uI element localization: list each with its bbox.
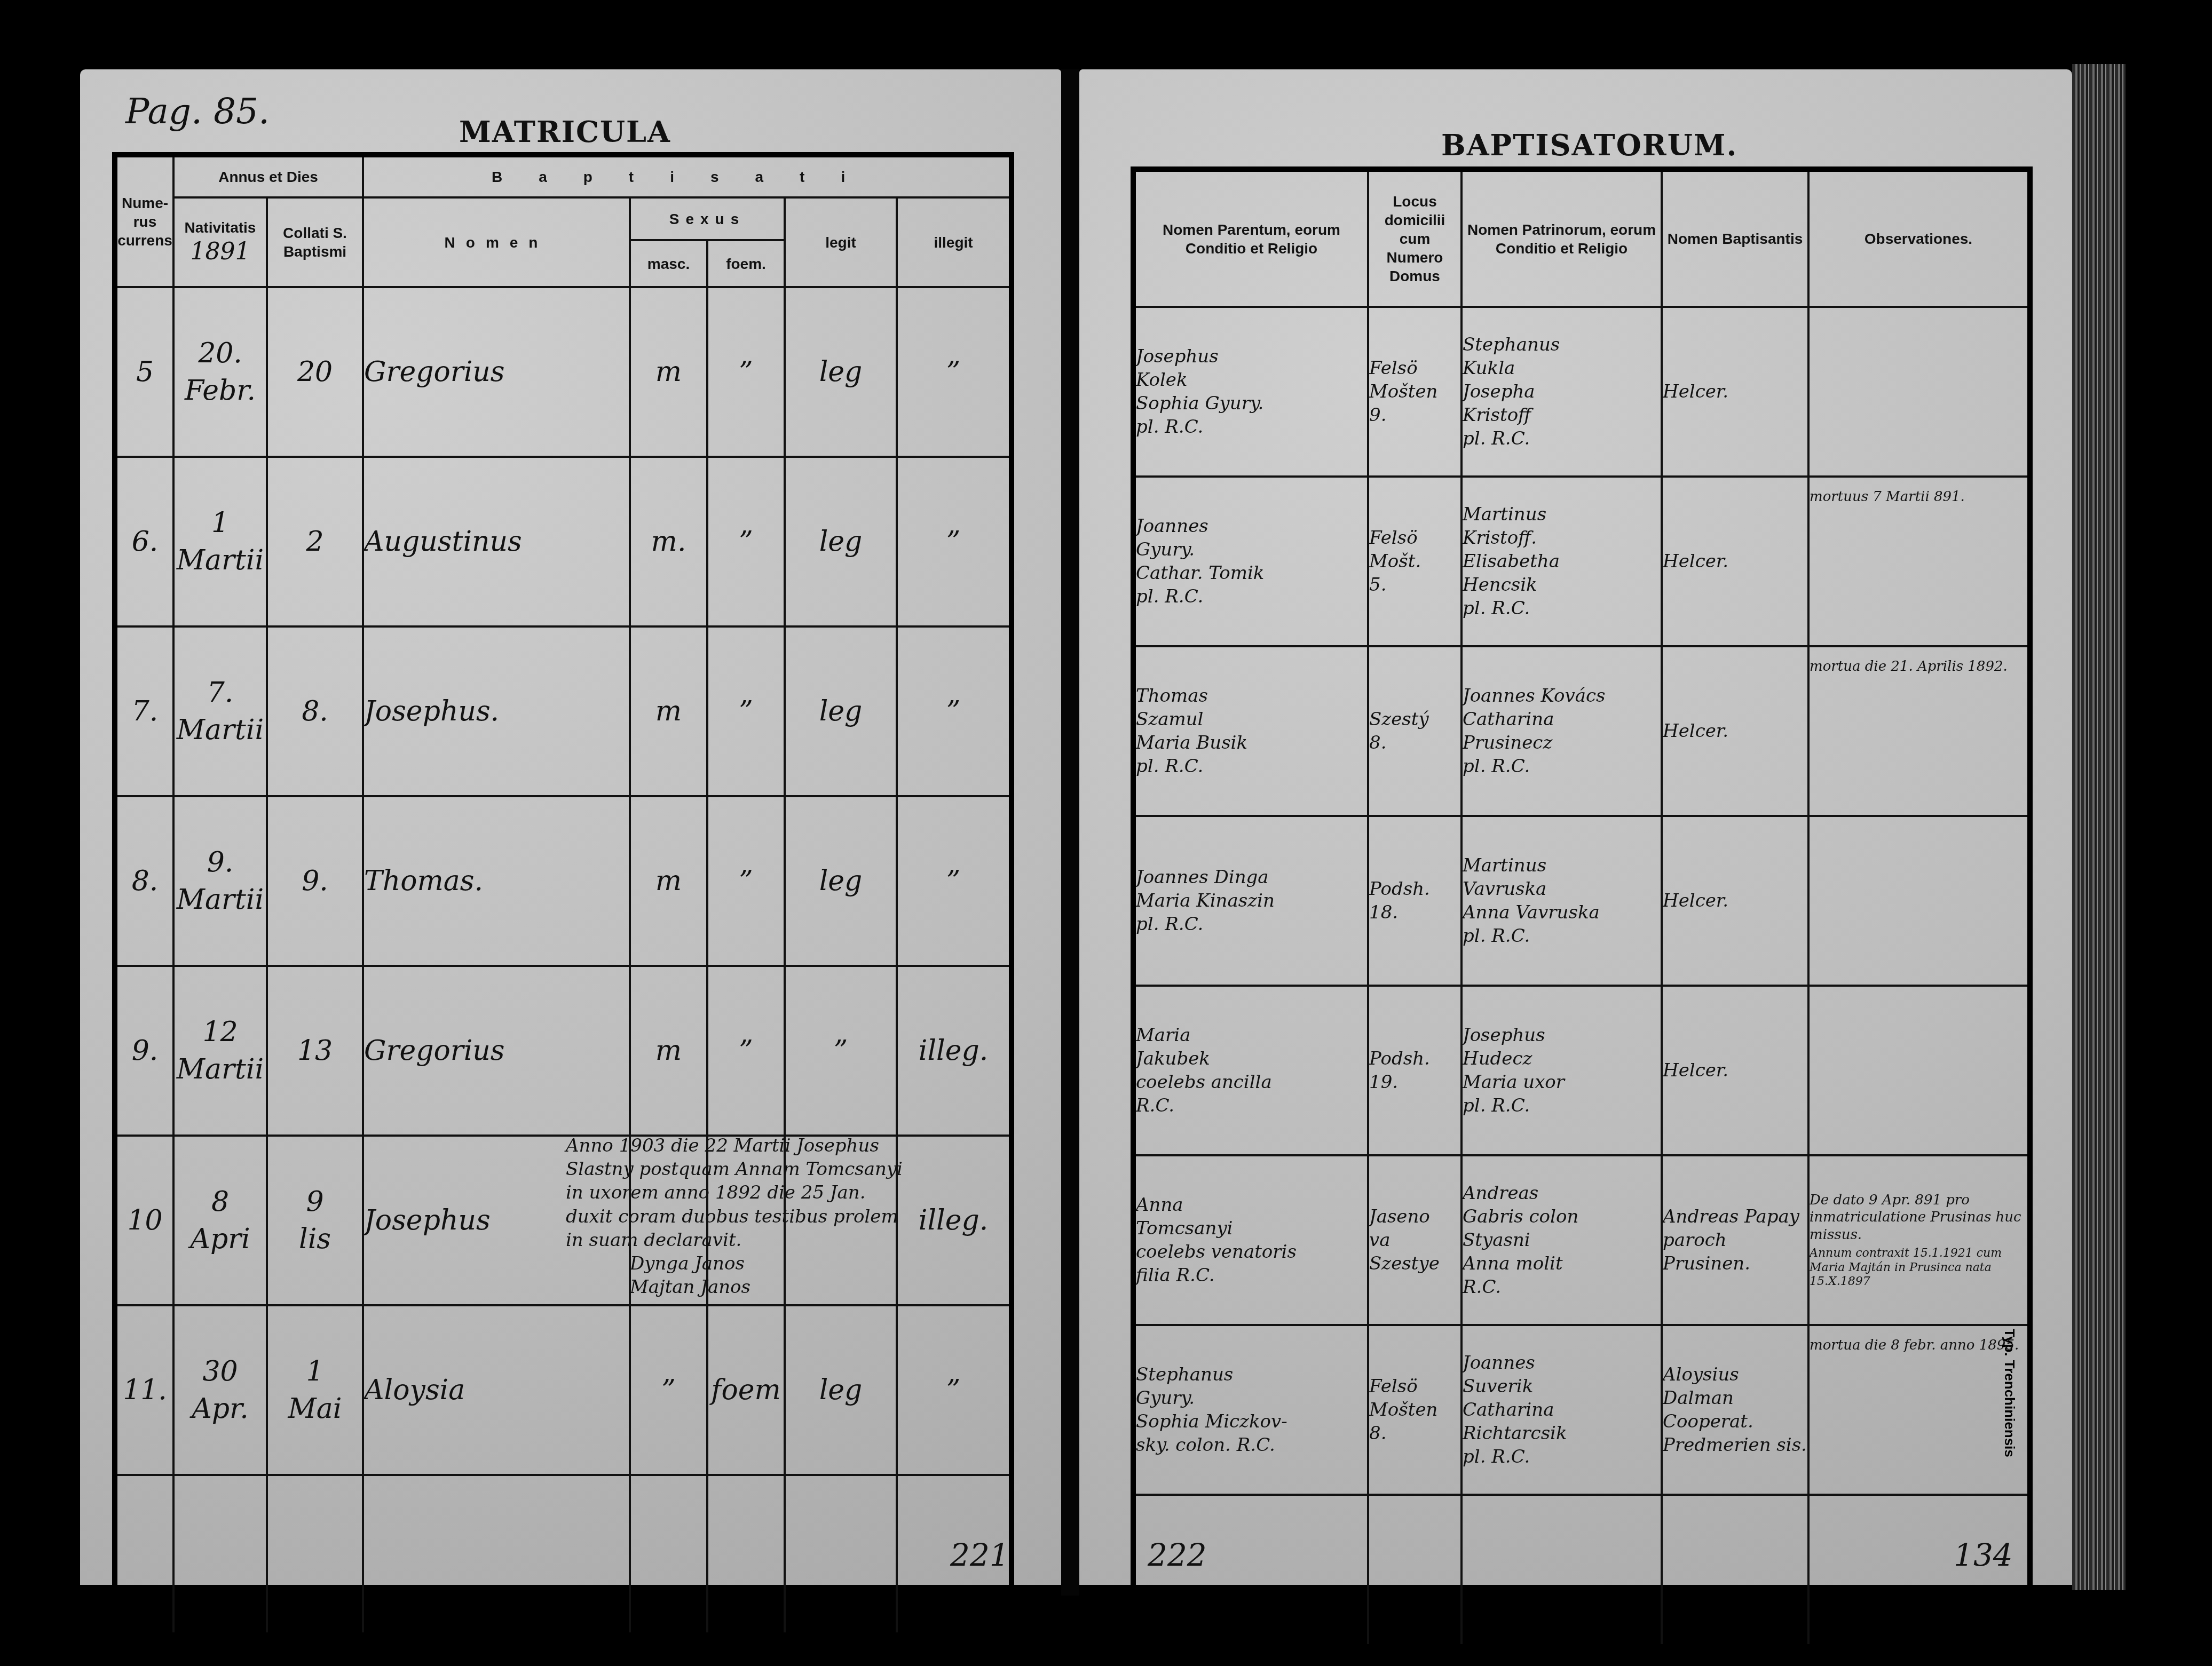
parents: AnnaTomcsanyicoelebs venatorisfilia R.C.	[1133, 1155, 1368, 1325]
baptisant: Helcer.	[1662, 816, 1808, 986]
illegitimate: ”	[897, 796, 1012, 966]
right-page-number-right: 134	[1954, 1537, 2013, 1573]
birth-date: 30Apr.	[173, 1305, 267, 1475]
header-sexus: Sexus	[630, 197, 785, 240]
observation	[1808, 816, 2030, 986]
legitimation-annotation: Anno 1903 die 22 Martii Josephus Slastny…	[566, 1134, 1036, 1299]
baptism-register-left-table: Nume-rus currens Annus et Dies Baptisati…	[112, 152, 1014, 1638]
baptism-date: 2	[267, 457, 363, 626]
header-observationes: Observationes.	[1808, 169, 2030, 307]
right-page-title: BAPTISATORUM.	[1441, 128, 1737, 162]
sex-foem: ”	[707, 457, 785, 626]
row-number: 11.	[115, 1305, 173, 1475]
left-page-title: MATRICULA	[459, 115, 671, 149]
register-row: JoannesGyury.Cathar. Tomikpl. R.C. Felsö…	[1133, 477, 2030, 646]
observation: mortuus 7 Martii 891.	[1808, 477, 2030, 646]
child-name: Gregorius	[363, 287, 630, 457]
baptism-date: 9lis	[267, 1136, 363, 1305]
child-name: Augustinus	[363, 457, 630, 626]
birth-date: 20.Febr.	[173, 287, 267, 457]
legitimate: leg	[785, 287, 897, 457]
godparents: Joannes KovácsCatharinaPrusineczpl. R.C.	[1461, 646, 1662, 816]
register-year: 1891	[191, 238, 250, 265]
godparents: JoannesSuverikCatharinaRichtarcsikpl. R.…	[1461, 1325, 1662, 1495]
printer-imprint: Typ. Trenchiniensis	[2001, 1329, 2018, 1457]
birth-date: 12Martii	[173, 966, 267, 1136]
row-number: 8.	[115, 796, 173, 966]
header-locus-domicilii: Locus domicilii cum Numero Domus	[1368, 169, 1461, 307]
row-number: 9.	[115, 966, 173, 1136]
baptism-register-right-table: Nomen Parentum, eorum Conditio et Religi…	[1131, 166, 2033, 1649]
register-row: Joannes DingaMaria Kinaszinpl. R.C. Pods…	[1133, 816, 2030, 986]
illegitimate: ”	[897, 287, 1012, 457]
header-numerus-currens: Nume-rus currens	[115, 155, 173, 287]
header-nomen-patrinorum: Nomen Patrinorum, eorum Conditio et Reli…	[1461, 169, 1662, 307]
parents: Joannes DingaMaria Kinaszinpl. R.C.	[1133, 816, 1368, 986]
legitimate: leg	[785, 457, 897, 626]
baptisant: Helcer.	[1662, 646, 1808, 816]
row-number: 10	[115, 1136, 173, 1305]
sex-foem: ”	[707, 796, 785, 966]
header-nomen-parentum: Nomen Parentum, eorum Conditio et Religi…	[1133, 169, 1368, 307]
register-row: 5 20.Febr. 20 Gregorius m ” leg ”	[115, 287, 1012, 457]
baptisant: Andreas Papay paroch Prusinen.	[1662, 1155, 1808, 1325]
baptisant: Helcer.	[1662, 986, 1808, 1155]
birth-date: 8Apri	[173, 1136, 267, 1305]
register-row: 7. 7.Martii 8. Josephus. m ” leg ”	[115, 626, 1012, 796]
parents: JosephusKolekSophia Gyury.pl. R.C.	[1133, 307, 1368, 477]
godparents: StephanusKuklaJosephaKristoffpl. R.C.	[1461, 307, 1662, 477]
parents: ThomasSzamulMaria Busikpl. R.C.	[1133, 646, 1368, 816]
witness-signature: Dynga Janos	[566, 1252, 1036, 1275]
row-number: 6.	[115, 457, 173, 626]
witness-signature: Majtan Janos	[566, 1275, 1036, 1299]
sex-masc: ”	[630, 1305, 707, 1475]
domicile: Szestý8.	[1368, 646, 1461, 816]
register-row: ThomasSzamulMaria Busikpl. R.C. Szestý8.…	[1133, 646, 2030, 816]
register-row: 8. 9.Martii 9. Thomas. m ” leg ”	[115, 796, 1012, 966]
parents: StephanusGyury.Sophia Miczkov-sky. colon…	[1133, 1325, 1368, 1495]
baptism-date: 8.	[267, 626, 363, 796]
sex-foem: foem	[707, 1305, 785, 1475]
baptisant: Helcer.	[1662, 477, 1808, 646]
sex-masc: m	[630, 796, 707, 966]
child-name: Aloysia	[363, 1305, 630, 1475]
sex-foem: ”	[707, 626, 785, 796]
observation: De dato 9 Apr. 891 pro inmatriculatione …	[1808, 1155, 2030, 1325]
sex-foem: ”	[707, 287, 785, 457]
header-annus-et-dies: Annus et Dies	[173, 155, 363, 197]
legitimate: leg	[785, 626, 897, 796]
baptism-date: 9.	[267, 796, 363, 966]
register-row-empty	[1133, 1495, 2030, 1647]
sex-foem: ”	[707, 966, 785, 1136]
observation: mortua die 21. Aprilis 1892.	[1808, 646, 2030, 816]
baptism-date: 1Mai	[267, 1305, 363, 1475]
observation	[1808, 307, 2030, 477]
header-illegit: illegit	[897, 197, 1012, 287]
page-edges	[2072, 64, 2126, 1590]
page-reference-note: Pag. 85.	[125, 91, 270, 132]
header-nativitatis: Nativitatis 1891	[173, 197, 267, 287]
child-name: Josephus.	[363, 626, 630, 796]
domicile: FelsöMošt.5.	[1368, 477, 1461, 646]
register-row: StephanusGyury.Sophia Miczkov-sky. colon…	[1133, 1325, 2030, 1495]
right-page-number-left: 222	[1148, 1537, 1207, 1573]
register-row: 9. 12Martii 13 Gregorius m ” ” illeg.	[115, 966, 1012, 1136]
birth-date: 1Martii	[173, 457, 267, 626]
sex-masc: m	[630, 626, 707, 796]
header-masc: masc.	[630, 240, 707, 287]
birth-date: 7.Martii	[173, 626, 267, 796]
godparents: MartinusVavruskaAnna Vavruskapl. R.C.	[1461, 816, 1662, 986]
illegitimate: illeg.	[897, 966, 1012, 1136]
parents: JoannesGyury.Cathar. Tomikpl. R.C.	[1133, 477, 1368, 646]
domicile: FelsöMošten9.	[1368, 307, 1461, 477]
illegitimate: ”	[897, 1305, 1012, 1475]
godparents: JosephusHudeczMaria uxorpl. R.C.	[1461, 986, 1662, 1155]
illegitimate: ”	[897, 626, 1012, 796]
row-number: 7.	[115, 626, 173, 796]
observation: mortua die 8 febr. anno 1895.	[1808, 1325, 2030, 1495]
parents: MariaJakubekcoelebs ancillaR.C.	[1133, 986, 1368, 1155]
baptism-date: 13	[267, 966, 363, 1136]
header-legit: legit	[785, 197, 897, 287]
child-name: Gregorius	[363, 966, 630, 1136]
domicile: JasenovaSzestye	[1368, 1155, 1461, 1325]
marriage-annotation: Annum contraxit 15.1.1921 cum Maria Majt…	[1810, 1247, 2027, 1289]
domicile: Podsh.18.	[1368, 816, 1461, 986]
domicile: Podsh.19.	[1368, 986, 1461, 1155]
legitimate: leg	[785, 1305, 897, 1475]
domicile: FelsöMošten8.	[1368, 1325, 1461, 1495]
header-nomen-baptisantis: Nomen Baptisantis	[1662, 169, 1808, 307]
godparents: MartinusKristoff.ElisabethaHencsikpl. R.…	[1461, 477, 1662, 646]
illegitimate: ”	[897, 457, 1012, 626]
register-row-empty	[115, 1475, 1012, 1635]
book-spine	[1061, 69, 1079, 1596]
register-row: 6. 1Martii 2 Augustinus m. ” leg ”	[115, 457, 1012, 626]
godparents: AndreasGabris colonStyasniAnna molitR.C.	[1461, 1155, 1662, 1325]
baptisant: Helcer.	[1662, 307, 1808, 477]
child-name: Thomas.	[363, 796, 630, 966]
header-baptisati: Baptisati	[363, 155, 1012, 197]
row-number: 5	[115, 287, 173, 457]
legitimate: leg	[785, 796, 897, 966]
sex-masc: m.	[630, 457, 707, 626]
register-row: 11. 30Apr. 1Mai Aloysia ” foem leg ”	[115, 1305, 1012, 1475]
register-row: MariaJakubekcoelebs ancillaR.C. Podsh.19…	[1133, 986, 2030, 1155]
sex-masc: m	[630, 966, 707, 1136]
header-nomen: Nomen	[363, 197, 630, 287]
observation	[1808, 986, 2030, 1155]
header-foem: foem.	[707, 240, 785, 287]
left-page-number: 221	[950, 1537, 1009, 1573]
header-collati-baptismi: Collati S. Baptismi	[267, 197, 363, 287]
register-row: AnnaTomcsanyicoelebs venatorisfilia R.C.…	[1133, 1155, 2030, 1325]
baptisant: Aloysius Dalman Cooperat. Predmerien sis…	[1662, 1325, 1808, 1495]
register-row: JosephusKolekSophia Gyury.pl. R.C. Felsö…	[1133, 307, 2030, 477]
birth-date: 9.Martii	[173, 796, 267, 966]
legitimate: ”	[785, 966, 897, 1136]
sex-masc: m	[630, 287, 707, 457]
baptism-date: 20	[267, 287, 363, 457]
